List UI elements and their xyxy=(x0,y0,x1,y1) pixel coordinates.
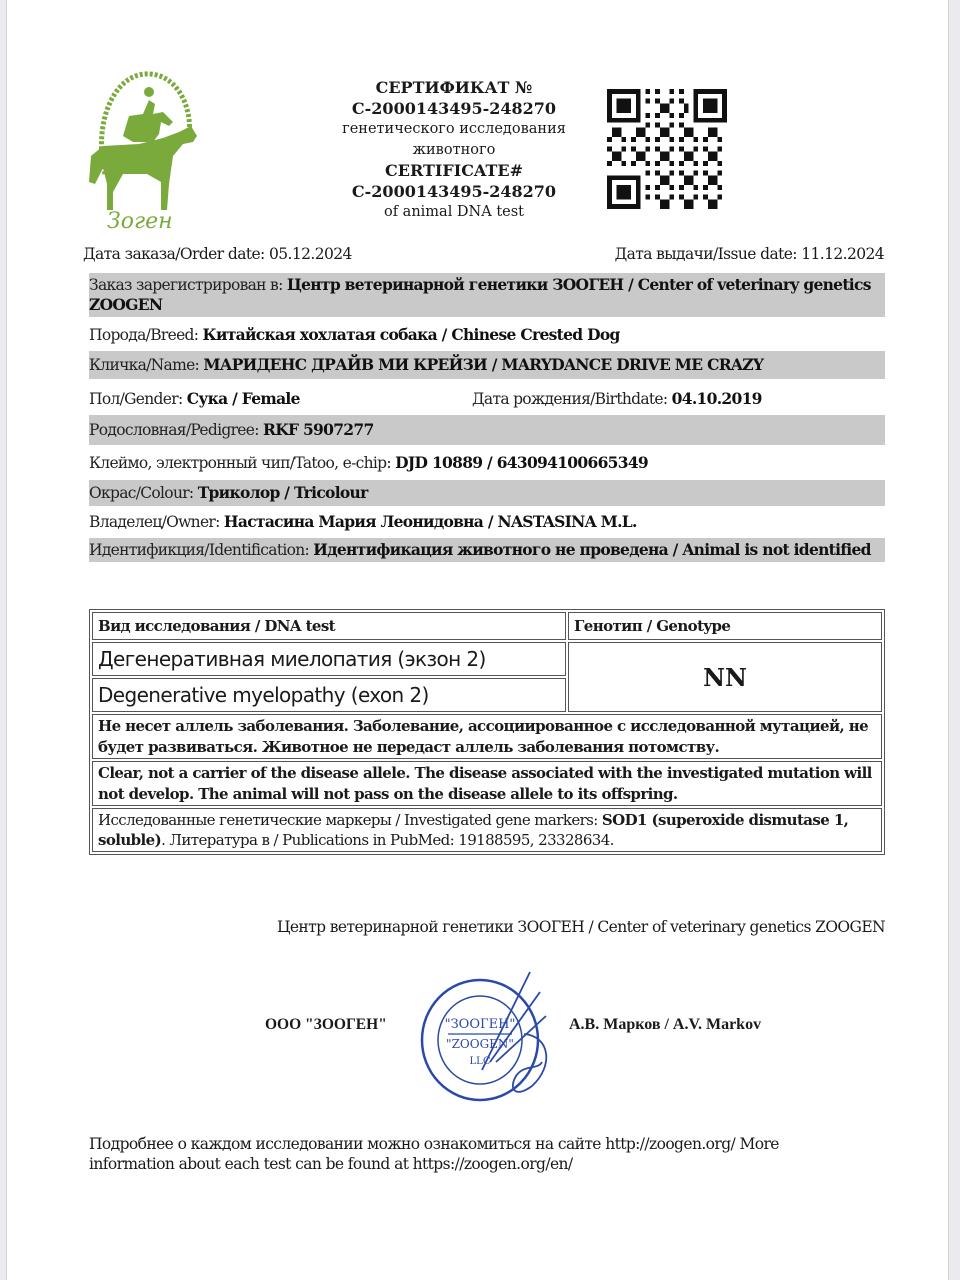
table-row: Clear, not a carrier of the disease alle… xyxy=(92,761,882,806)
cert-title-en: CERTIFICATE# xyxy=(323,161,585,182)
owner-row: Владелец/Owner: Настасина Мария Леонидов… xyxy=(89,510,885,534)
certificate-title-block: СЕРТИФИКАТ № C-2000143495-248270 генетич… xyxy=(323,78,585,223)
order-date: Дата заказа/Order date: 05.12.2024 xyxy=(83,245,352,263)
test-name-en: Degenerative myelopathy (exon 2) xyxy=(92,678,566,712)
gender-birthdate-row: Пол/Gender: Сука / Female Дата рождения/… xyxy=(89,387,885,411)
cert-subtitle-ru: генетического исследования xyxy=(323,119,585,140)
signer-name: А.В. Марков / A.V. Markov xyxy=(569,1016,761,1034)
identification-row: Идентификция/Identification: Идентификац… xyxy=(89,538,885,562)
result-description-en: Clear, not a carrier of the disease alle… xyxy=(92,761,882,806)
name-row: Кличка/Name: МАРИДЕНС ДРАЙВ МИ КРЕЙЗИ / … xyxy=(89,351,885,379)
company-stamp-icon: "ЗООГЕН" "ZOOGEN" LLC xyxy=(412,966,562,1111)
header-genotype: Генотип / Genotype xyxy=(568,612,882,640)
result-description-ru: Не несет аллель заболевания. Заболевание… xyxy=(92,714,882,759)
svg-text:Зоген: Зоген xyxy=(107,209,173,234)
table-row: Исследованные генетические маркеры / Inv… xyxy=(92,808,882,852)
genotype-value: NN xyxy=(568,642,882,712)
cert-subtitle-ru-2: животного xyxy=(323,140,585,161)
cert-number: C-2000143495-248270 xyxy=(323,99,585,120)
pedigree-row: Родословная/Pedigree: RKF 5907277 xyxy=(89,415,885,445)
cert-number-en: C-2000143495-248270 xyxy=(323,182,585,203)
dna-results-table: Вид исследования / DNA test Генотип / Ge… xyxy=(89,609,885,855)
table-header-row: Вид исследования / DNA test Генотип / Ge… xyxy=(92,612,882,640)
issuing-center: Центр ветеринарной генетики ЗООГЕН / Cen… xyxy=(227,918,885,936)
test-name-ru: Дегенеративная миелопатия (экзон 2) xyxy=(92,642,566,676)
header-dna-test: Вид исследования / DNA test xyxy=(92,612,566,640)
zoogen-logo-icon: Зоген xyxy=(83,64,203,234)
certificate-page: Зоген СЕРТИФИКАТ № C-2000143495-248270 г… xyxy=(6,0,949,1280)
chip-row: Клеймо, электронный чип/Tatoo, e-chip: D… xyxy=(89,451,885,475)
footer-more-info: Подробнее о каждом исследовании можно оз… xyxy=(89,1134,849,1174)
organization-name: ООО "ЗООГЕН" xyxy=(265,1016,387,1034)
registered-at-row: Заказ зарегистрирован в: Центр ветеринар… xyxy=(89,273,885,317)
issue-date: Дата выдачи/Issue date: 11.12.2024 xyxy=(615,245,884,263)
cert-title-ru: СЕРТИФИКАТ № xyxy=(323,78,585,99)
cert-subtitle-en: of animal DNA test xyxy=(323,202,585,223)
table-row: Дегенеративная миелопатия (экзон 2) NN xyxy=(92,642,882,676)
breed-row: Порода/Breed: Китайская хохлатая собака … xyxy=(89,323,885,347)
gene-markers: Исследованные генетические маркеры / Inv… xyxy=(92,808,882,852)
colour-row: Окрас/Colour: Триколор / Tricolour xyxy=(89,480,885,506)
table-row: Не несет аллель заболевания. Заболевание… xyxy=(92,714,882,759)
qr-code-icon[interactable] xyxy=(607,89,727,209)
